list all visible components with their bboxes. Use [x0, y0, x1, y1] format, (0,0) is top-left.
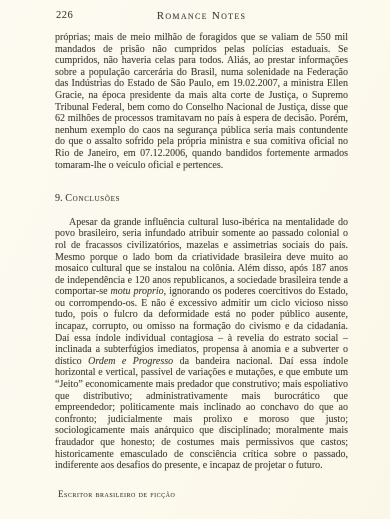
text-block: próprias; mais de meio milhão de foragid…: [55, 32, 348, 500]
scanned-journal-page: 226 Romance Notes próprias; mais de meio…: [0, 0, 390, 519]
paragraph-segment: , ignorando os poderes coercitivos do Es…: [55, 286, 348, 367]
section-title: Conclusões: [65, 193, 120, 204]
running-head: 226 Romance Notes: [55, 10, 348, 24]
paragraph-segment: da bandeira nacional. Daí essa índole ho…: [55, 356, 348, 471]
continuation-paragraph: próprias; mais de meio milhão de foragid…: [55, 32, 348, 171]
conclusion-paragraph: Apesar da grande influência cultural lus…: [55, 217, 348, 472]
paragraph-segment: Apesar da grande influência cultural lus…: [55, 217, 348, 298]
journal-running-title: Romance Notes: [55, 10, 348, 22]
latin-phrase-italic: motu proprio: [111, 286, 164, 297]
section-heading: 9. Conclusões: [55, 193, 348, 205]
author-signature: Escritor brasileiro de ficção: [55, 489, 348, 501]
section-number: 9.: [55, 193, 63, 204]
motto-italic: Ordem e Progresso: [88, 356, 173, 367]
